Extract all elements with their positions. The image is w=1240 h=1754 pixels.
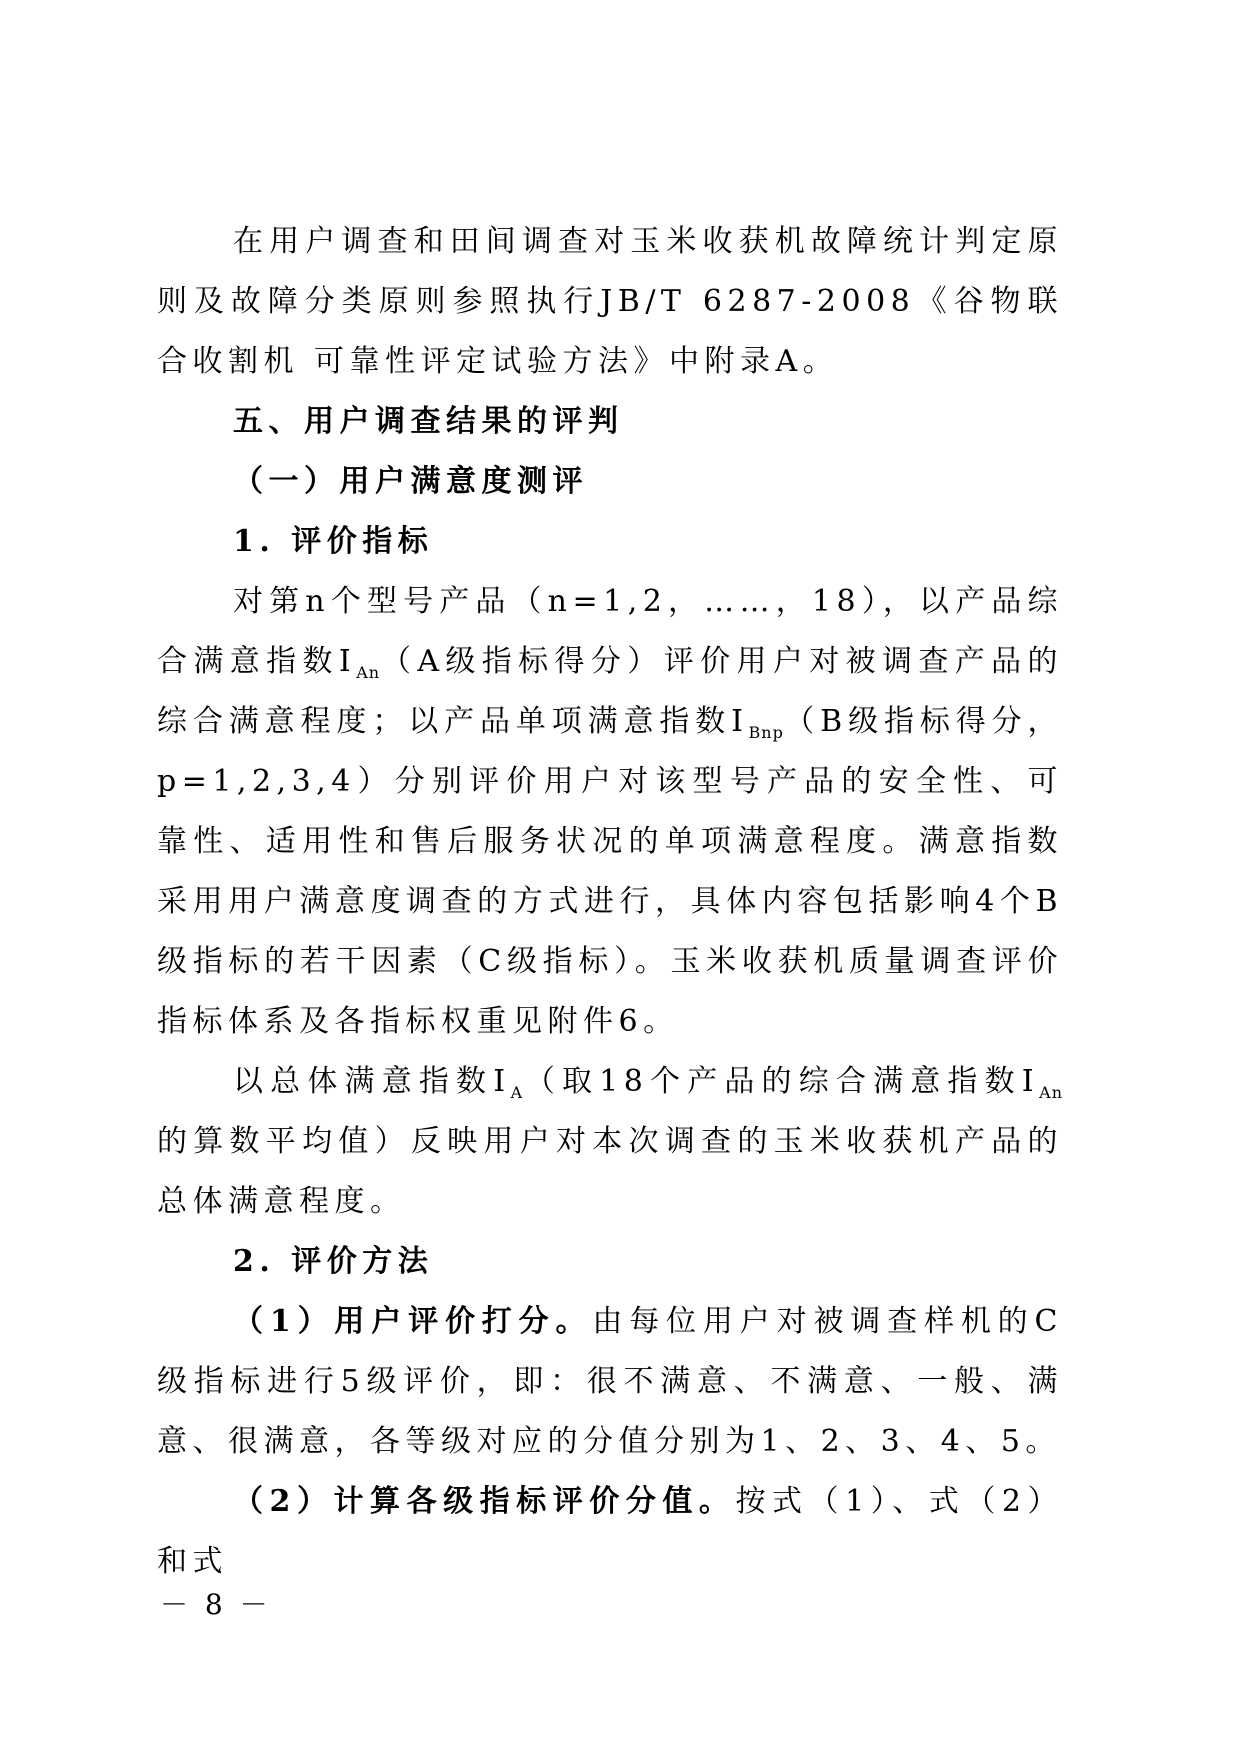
paragraph-score-calculation: （2）计算各级指标评价分值。按式（1）、式（2）和式: [157, 1472, 1063, 1592]
heading-section-five: 五、用户调查结果的评判: [157, 392, 1063, 452]
subscript-index-Bnp: Bnp: [749, 723, 784, 742]
paragraph-overall-index: 以总体满意指数IA（取18个产品的综合满意指数IAn的算数平均值）反映用户对本次…: [157, 1052, 1063, 1232]
page-content: 在用户调查和田间调查对玉米收获机故障统计判定原则及故障分类原则参照执行JB/T …: [157, 212, 1063, 1592]
text-run: 以总体满意指数I: [233, 1064, 511, 1099]
heading-evaluation-method: 2. 评价方法: [157, 1232, 1063, 1292]
text-run: （取18个产品的综合满意指数I: [523, 1064, 1039, 1099]
document-page: 在用户调查和田间调查对玉米收获机故障统计判定原则及故障分类原则参照执行JB/T …: [0, 0, 1240, 1754]
paragraph-fault-criteria: 在用户调查和田间调查对玉米收获机故障统计判定原则及故障分类原则参照执行JB/T …: [157, 212, 1063, 392]
subscript-index-An: An: [1039, 1083, 1063, 1102]
heading-evaluation-indicators: 1. 评价指标: [157, 512, 1063, 572]
paragraph-user-scoring: （1）用户评价打分。由每位用户对被调查样机的C级指标进行5级评价，即：很不满意、…: [157, 1292, 1063, 1472]
heading-user-satisfaction: （一）用户满意度测评: [157, 452, 1063, 512]
paragraph-satisfaction-index: 对第n个型号产品（n=1,2，……，18），以产品综合满意指数IAn（A级指标得…: [157, 572, 1063, 1052]
page-number: － 8 －: [160, 1583, 272, 1623]
subscript-index-A: A: [511, 1083, 524, 1102]
paragraph-lead: （2）计算各级指标评价分值。: [233, 1484, 735, 1519]
subscript-index-An: An: [356, 663, 380, 682]
paragraph-lead: （1）用户评价打分。: [233, 1304, 592, 1339]
text-run: 的算数平均值）反映用户对本次调查的玉米收获机产品的总体满意程度。: [157, 1124, 1063, 1219]
text-run: （B级指标得分，p=1,2,3,4）分别评价用户对该型号产品的安全性、可靠性、适…: [157, 704, 1063, 1039]
